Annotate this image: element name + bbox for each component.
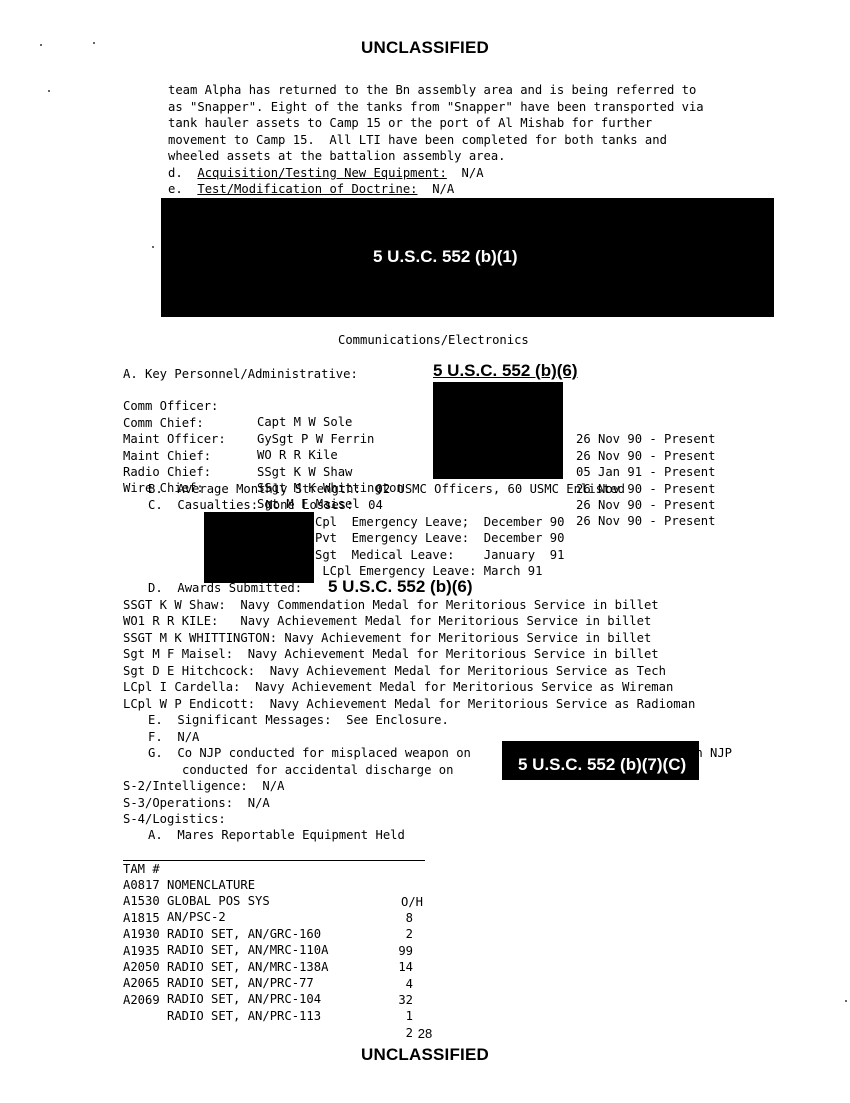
page-number: 28 [0, 1026, 850, 1041]
oh: 99 [387, 943, 413, 960]
paragraph-line: team Alpha has returned to the Bn assemb… [168, 82, 696, 99]
award-line: LCpl I Cardella: Navy Achievement Medal … [123, 679, 673, 696]
key-personnel-heading: A. Key Personnel/Administrative: [123, 366, 358, 383]
name: Capt M W Sole [257, 414, 352, 431]
item-text: Significant Messages: See Enclosure. [177, 713, 449, 727]
item-heading: Acquisition/Testing New Equipment: [197, 166, 446, 180]
item-B: B. Average Monthly Strength: 02 USMC Off… [148, 481, 625, 498]
redaction-block-casualties [204, 512, 314, 583]
item-text: Average Monthly Strength: 02 USMC Office… [177, 482, 625, 496]
col-nomenclature: NOMENCLATURE [167, 877, 255, 894]
item-e: e. Test/Modification of Doctrine: N/A [168, 181, 454, 198]
item-value: N/A [462, 166, 484, 180]
item-letter: E. [148, 713, 163, 727]
equipment-table-header: TAM # NOMENCLATURE O/H [123, 844, 425, 861]
item-text: Mares Reportable Equipment Held [177, 828, 404, 842]
paragraph-line: as "Snapper". Eight of the tanks from "S… [168, 99, 704, 116]
casualty-entry: Sgt Medical Leave: January 91 [315, 547, 564, 564]
nomenclature: RADIO SET, AN/PRC-113 [167, 1008, 321, 1025]
personnel-row: Wire Chief: Sgt M F Maisel 26 Nov 90 - P… [123, 463, 138, 529]
dates: 26 Nov 90 - Present [576, 448, 715, 465]
table-row: A0817 GLOBAL POS SYS 8 [123, 860, 138, 876]
item-heading: Awards Submitted: [177, 581, 302, 595]
paragraph-line: tank hauler assets to Camp 15 or the por… [168, 115, 652, 132]
item-letter: D. [148, 581, 163, 595]
name: SSgt K W Shaw [257, 464, 352, 481]
paragraph-line: wheeled assets at the battalion assembly… [168, 148, 506, 165]
role: Maint Officer: [123, 431, 226, 448]
dates: 26 Nov 90 - Present [576, 431, 715, 448]
table-row: A2065 RADIO SET, AN/PRC-104 1 [123, 958, 138, 974]
redaction-block-b1: 5 U.S.C. 552 (b)(1) [161, 198, 774, 317]
dates: 05 Jan 91 - Present [576, 464, 715, 481]
oh: 14 [387, 959, 413, 976]
table-row: A1815 RADIO SET, AN/GRC-160 99 [123, 893, 138, 909]
nomenclature: RADIO SET, AN/MRC-110A [167, 942, 328, 959]
table-row: A2050 RADIO SET, AN/PRC-77 32 [123, 942, 138, 958]
item-value: N/A [432, 182, 454, 196]
award-line: Sgt D E Hitchcock: Navy Achievement Meda… [123, 663, 666, 680]
item-D: D. Awards Submitted: [148, 580, 302, 597]
scan-speck [93, 42, 95, 44]
redaction-label: 5 U.S.C. 552 (b)(1) [373, 247, 518, 267]
item-G: G. Co NJP conducted for misplaced weapon… [148, 745, 471, 762]
item-letter: B. [148, 482, 163, 496]
item-letter: F. [148, 730, 163, 744]
nomenclature: AN/PSC-2 [167, 909, 226, 926]
classification-footer: UNCLASSIFIED [0, 1045, 850, 1065]
oh: 2 [387, 926, 413, 943]
oh: 1 [387, 1008, 413, 1025]
item-text: Co NJP conducted for misplaced weapon on [177, 746, 471, 760]
nomenclature: GLOBAL POS SYS [167, 893, 270, 910]
dates: 26 Nov 90 - Present [576, 497, 715, 514]
table-row: A2069 RADIO SET, AN/PRC-113 2 [123, 975, 138, 991]
redaction-label: 5 U.S.C. 552 (b)(7)(C) [518, 755, 686, 775]
item-letter: e. [168, 182, 183, 196]
table-row: A1930 RADIO SET, AN/MRC-110A 14 [123, 909, 138, 925]
nomenclature: RADIO SET, AN/PRC-104 [167, 991, 321, 1008]
exemption-label: 5 U.S.C. 552 (b)(6) [328, 577, 473, 597]
item-letter: G. [148, 746, 163, 760]
table-row: A1935 RADIO SET, AN/MRC-138A 4 [123, 926, 138, 942]
casualty-entry: Cpl Emergency Leave; December 90 [315, 514, 564, 531]
award-line: Sgt M F Maisel: Navy Achievement Medal f… [123, 646, 659, 663]
scan-speck [845, 1000, 847, 1002]
award-line: SSGT M K WHITTINGTON: Navy Achievement f… [123, 630, 651, 647]
scan-speck [48, 90, 50, 92]
award-line: LCpl W P Endicott: Navy Achievement Meda… [123, 696, 695, 713]
oh: 32 [387, 992, 413, 1009]
redaction-block-b7c: 5 U.S.C. 552 (b)(7)(C) [502, 741, 699, 780]
item-letter: A. [148, 828, 163, 842]
scan-speck [152, 246, 154, 248]
item-G-line2: conducted for accidental discharge on [182, 762, 454, 779]
item-F: F. N/A [148, 729, 199, 746]
staff-s2: S-2/Intelligence: N/A [123, 778, 284, 795]
name: WO R R Kile [257, 447, 338, 464]
item-E: E. Significant Messages: See Enclosure. [148, 712, 449, 729]
col-oh: O/H [387, 894, 423, 911]
nomenclature: RADIO SET, AN/PRC-77 [167, 975, 314, 992]
oh: 4 [387, 976, 413, 993]
item-letter: C. [148, 498, 163, 512]
nomenclature: RADIO SET, AN/MRC-138A [167, 959, 328, 976]
oh: 8 [387, 910, 413, 927]
item-heading: Test/Modification of Doctrine: [197, 182, 417, 196]
item-text: N/A [177, 730, 199, 744]
award-line: WO1 R R KILE: Navy Achievement Medal for… [123, 613, 651, 630]
exemption-label: 5 U.S.C. 552 (b)(6) [433, 361, 578, 381]
section-title: Communications/Electronics [338, 332, 529, 349]
item-text: Casualties: None Losses: 04 [177, 498, 382, 512]
staff-s3: S-3/Operations: N/A [123, 795, 270, 812]
name: GySgt P W Ferrin [257, 431, 374, 448]
casualty-entry: Pvt Emergency Leave: December 90 [315, 530, 564, 547]
item-letter: d. [168, 166, 183, 180]
award-line: SSGT K W Shaw: Navy Commendation Medal f… [123, 597, 659, 614]
redaction-block-personnel [433, 382, 563, 479]
tam: A2069 [123, 992, 160, 1009]
equipment-heading: A. Mares Reportable Equipment Held [148, 827, 405, 844]
dates: 26 Nov 90 - Present [576, 513, 715, 530]
table-row: A1530 AN/PSC-2 2 [123, 876, 138, 892]
scan-speck [40, 44, 42, 46]
staff-s4: S-4/Logistics: [123, 811, 226, 828]
paragraph-line: movement to Camp 15. All LTI have been c… [168, 132, 667, 149]
classification-header: UNCLASSIFIED [0, 38, 850, 58]
nomenclature: RADIO SET, AN/GRC-160 [167, 926, 321, 943]
item-d: d. Acquisition/Testing New Equipment: N/… [168, 165, 484, 182]
